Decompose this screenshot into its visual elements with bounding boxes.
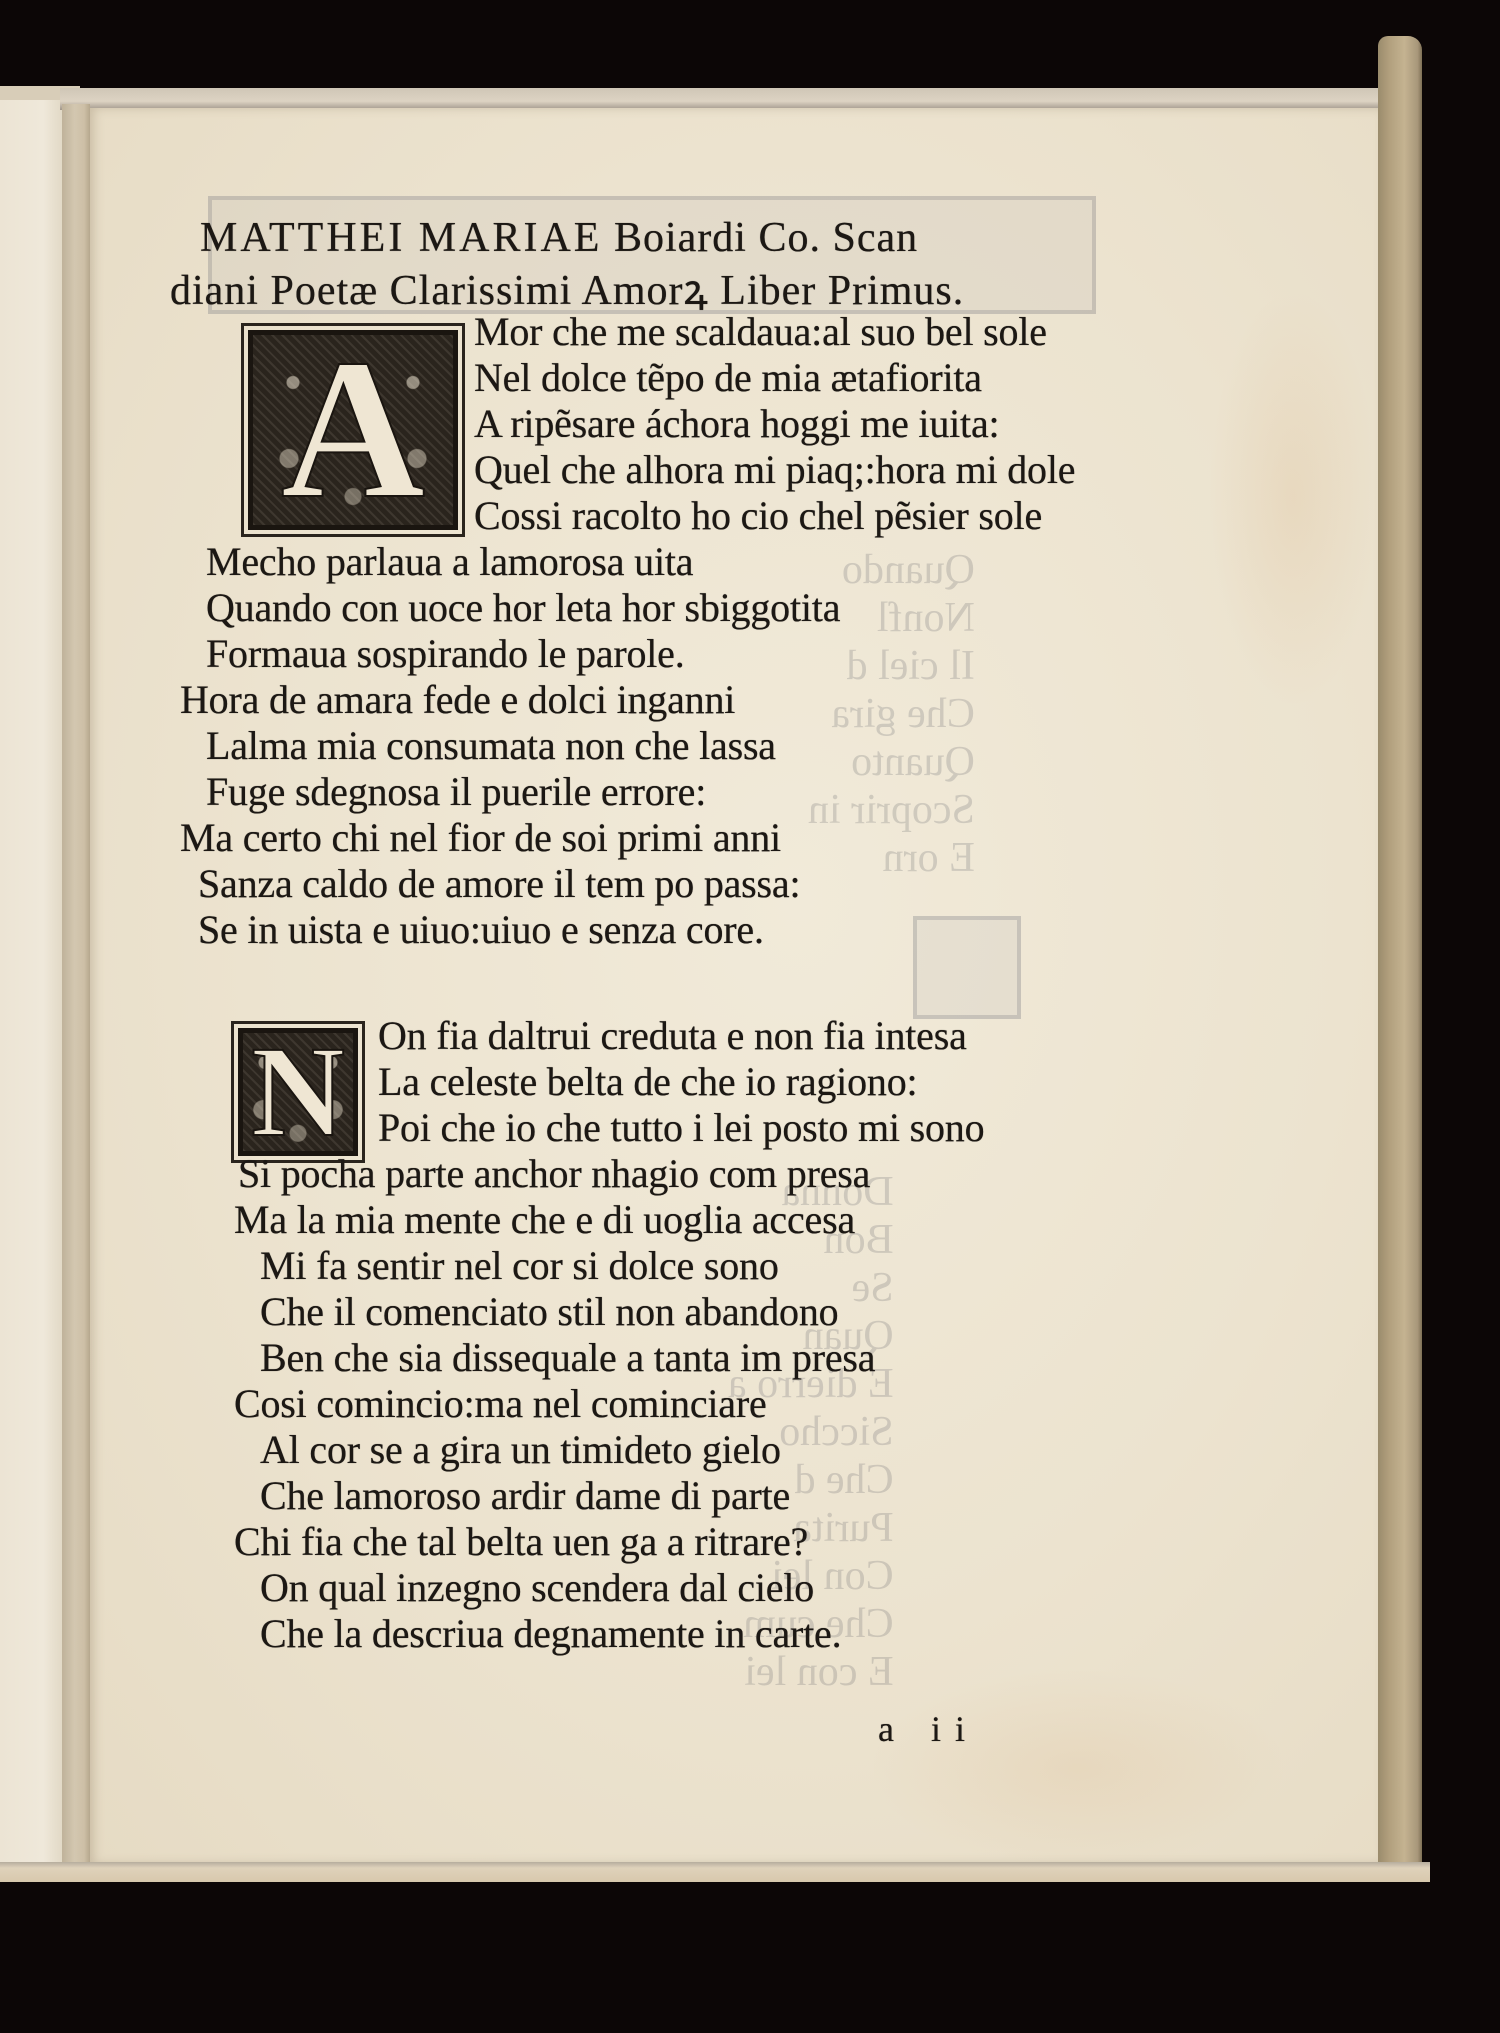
verse-line: Nel dolce tẽpo de mia ætafiorita <box>474 354 982 401</box>
verse-line: Ma certo chi nel fior de soi primi anni <box>180 814 781 861</box>
verse-line: Poi che io che tutto i lei posto mi sono <box>378 1104 984 1151</box>
verse-line: Che lamoroso ardir dame di parte <box>260 1472 790 1519</box>
verse-line: Se in uista e uiuo:uiuo e senza core. <box>198 906 764 953</box>
foxing-stain <box>1208 288 1378 708</box>
page-bottom-edge <box>0 1862 1430 1882</box>
verse-line: Formaua sospirando le parole. <box>206 630 685 677</box>
verse-line: Cossi racolto ho cio chel pẽsier sole <box>474 492 1042 539</box>
verse-line: A ripẽsare áchora hoggi me iuita: <box>474 400 999 447</box>
verse-line: Che la descriua degnamente in carte. <box>260 1610 841 1657</box>
initial-letter: N <box>251 1033 345 1151</box>
heading-line-1: MATTHEI MARIAE Boiardi Co. Scan <box>200 214 918 262</box>
book-gutter <box>62 104 90 1874</box>
heading-rest: Boiardi Co. Scan <box>614 215 918 261</box>
verse-line: Fuge sdegnosa il puerile errore: <box>206 768 706 815</box>
recto-page: Quando Nonfl Il ciel d Che gira Quanto S… <box>88 108 1378 1864</box>
verse-line: Chi fia che tal belta uen ga a ritrare? <box>234 1518 808 1565</box>
binding-board-edge <box>1378 36 1422 1881</box>
verse-line: Al cor se a gira un timideto gielo <box>260 1426 781 1473</box>
signature-mark: a ii <box>878 1708 979 1750</box>
verse-line: Si pocha parte anchor nhagio com presa <box>238 1150 870 1197</box>
verse-line: Hora de amara fede e dolci inganni <box>180 676 735 723</box>
verse-line: Mecho parlaua a lamorosa uita <box>206 538 693 585</box>
verse-line: Sanza caldo de amore il tem po passa: <box>198 860 800 907</box>
verse-line: On qual inzegno scendera dal cielo <box>260 1564 814 1611</box>
verse-line: On fia daltrui creduta e non fia intesa <box>378 1012 967 1059</box>
verse-line: Ben che sia dissequale a tanta im presa <box>260 1334 875 1381</box>
verse-line: Mor che me scaldaua:al suo bel sole <box>474 308 1047 355</box>
verse-line: Ma la mia mente che e di uoglia accesa <box>234 1196 855 1243</box>
verse-line: Cosi comincio:ma nel cominciare <box>234 1380 767 1427</box>
verse-line: La celeste belta de che io ragiono: <box>378 1058 917 1105</box>
verse-line: Mi fa sentir nel cor si dolce sono <box>260 1242 779 1289</box>
verse-line: Quando con uoce hor leta hor sbiggotita <box>206 584 840 631</box>
page-top-edge <box>60 88 1400 110</box>
left-page-verso <box>0 100 62 1878</box>
heading-caps: MATTHEI MARIAE <box>200 215 602 261</box>
verse-line: Lalma mia consumata non che lassa <box>206 722 776 769</box>
foxing-stain <box>868 1668 1288 1868</box>
decorated-initial-a: A <box>248 330 458 530</box>
verse-line: Che il comenciato stil non abandono <box>260 1288 838 1335</box>
decorated-initial-n: N <box>238 1028 358 1156</box>
verse-line: Quel che alhora mi piaq;:hora mi dole <box>474 446 1075 493</box>
show-through-initial <box>913 916 1021 1019</box>
initial-letter: A <box>281 335 425 525</box>
